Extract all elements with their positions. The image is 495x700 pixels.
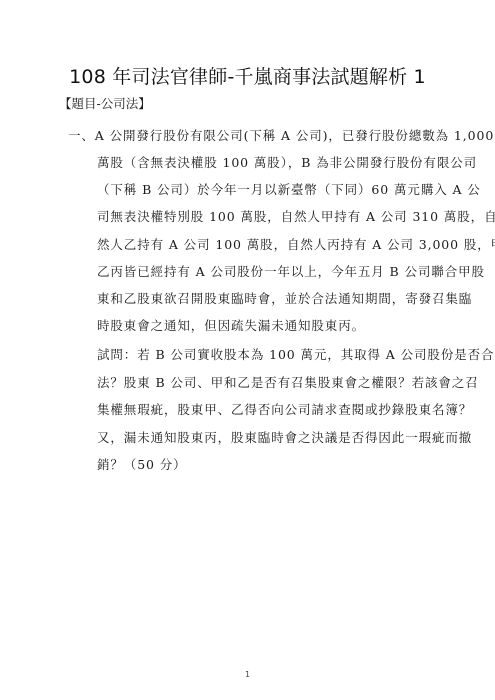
question-prompt-line: 試問：若 B 公司實收股本為 100 萬元，其取得 A 公司股份是否合: [97, 345, 494, 363]
page-number: 1: [0, 670, 495, 679]
question-prompt-line: 銷？（50 分）: [97, 455, 187, 473]
question-line: 時股東會之通知，但因疏失漏未通知股東丙。: [97, 316, 365, 334]
question-line: 東和乙股東欲召開股東臨時會，並於合法通知期間，寄發召集臨: [97, 289, 472, 307]
question-prompt-line: 集權無瑕疵，股東甲、乙得否向公司請求查閱或抄錄股東名簿？: [97, 400, 472, 418]
document-title: 108 年司法官律師-千嵐商事法試題解析 1: [0, 62, 495, 89]
question-prompt-line: 又，漏未通知股東丙，股東臨時會之決議是否得因此一瑕疵而撤: [97, 428, 472, 446]
question-line: 乙丙皆已經持有 A 公司股份一年以上，今年五月 B 公司聯合甲股: [97, 262, 485, 280]
question-line: 然人乙持有 A 公司 100 萬股，自然人丙持有 A 公司 3,000 股，甲: [97, 235, 495, 253]
question-line: 萬股（含無表決權股 100 萬股），B 為非公開發行股份有限公司: [97, 153, 477, 171]
question-prompt-line: 法？股東 B 公司、甲和乙是否有召集股東會之權限？若該會之召: [97, 373, 479, 391]
question-line: （下稱 B 公司）於今年一月以新臺幣（下同）60 萬元購入 A 公: [97, 180, 481, 198]
question-line: 一、A 公開發行股份有限公司(下稱 A 公司)，已發行股份總數為 1,000: [68, 126, 494, 144]
question-line: 司無表決權特別股 100 萬股，自然人甲持有 A 公司 310 萬股，自: [97, 207, 495, 225]
section-heading: 【題目-公司法】: [59, 94, 151, 112]
